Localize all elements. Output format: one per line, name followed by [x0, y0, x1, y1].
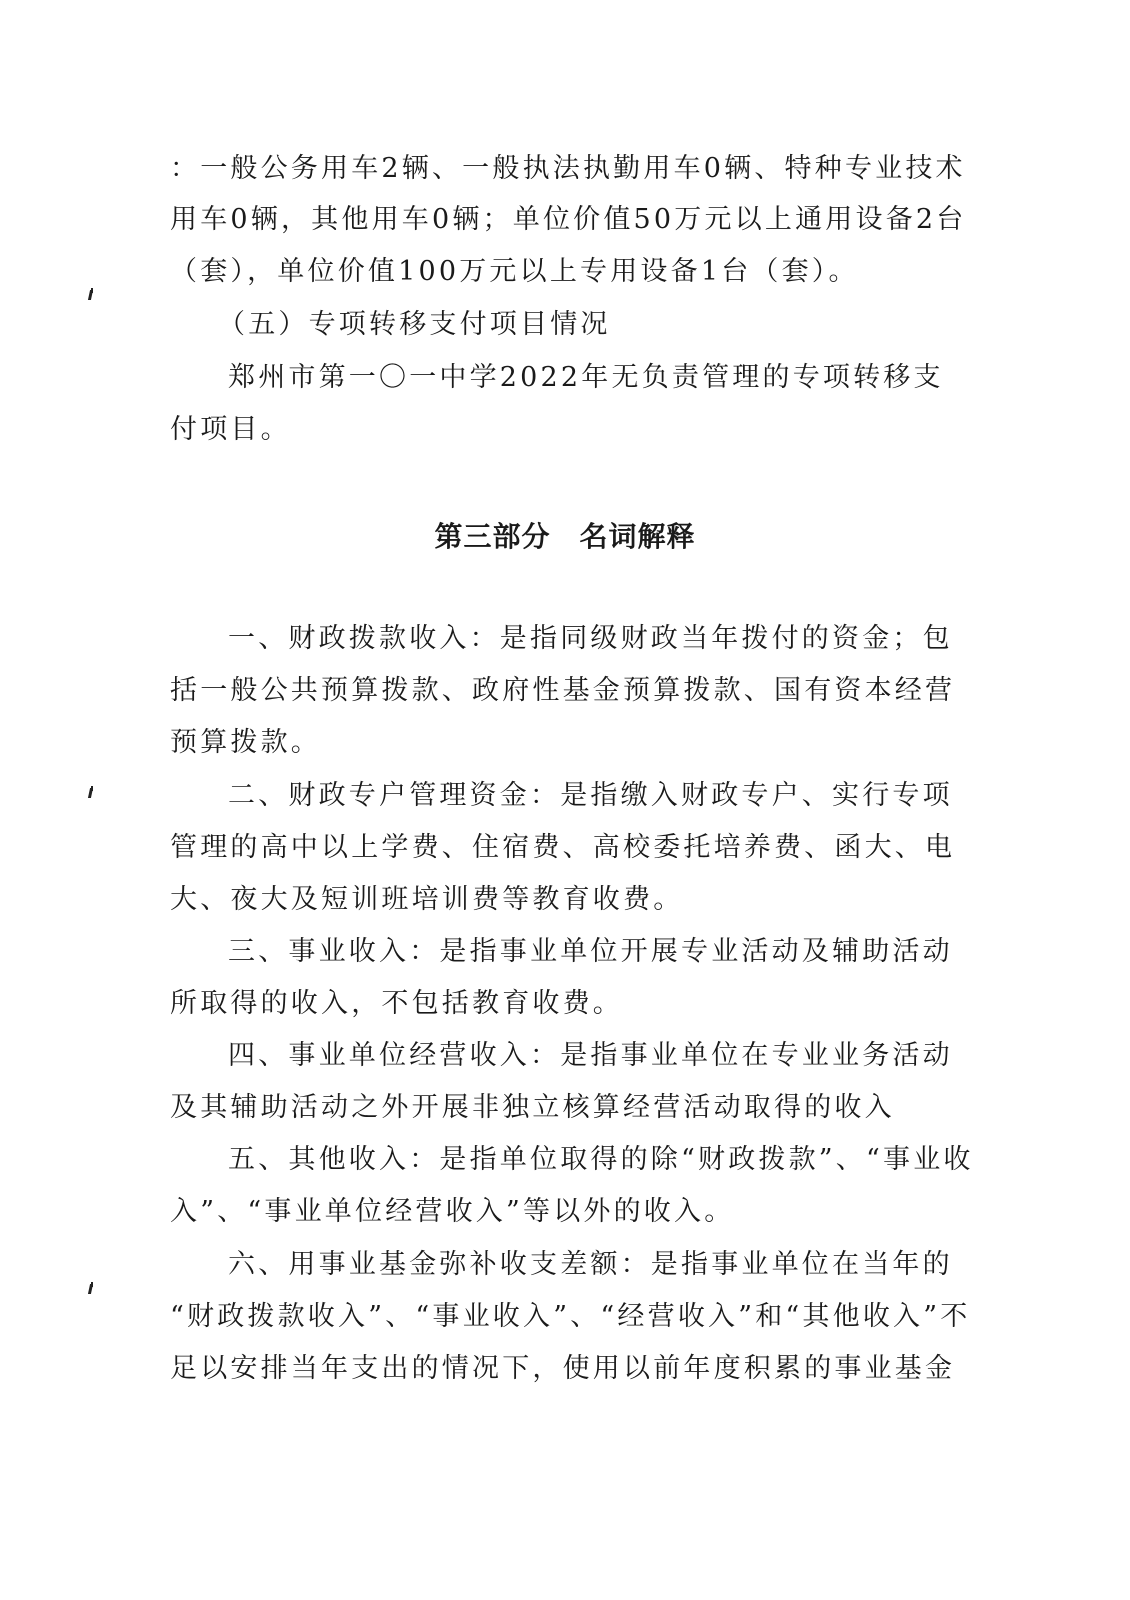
definition-line: 六、用事业基金弥补收支差额：是指事业单位在当年的 — [228, 1248, 940, 1282]
binding-hole-mark — [88, 786, 94, 798]
definition-line: 管理的高中以上学费、住宿费、高校委托培养费、函大、电 — [170, 831, 940, 865]
definition-line: 四、事业单位经营收入：是指事业单位在专业业务活动 — [228, 1039, 940, 1073]
paragraph-line: 用车0辆，其他用车0辆；单位价值50万元以上通用设备2台 — [170, 203, 940, 237]
definition-line: 括一般公共预算拨款、政府性基金预算拨款、国有资本经营 — [170, 674, 940, 708]
section-title: （五）专项转移支付项目情况 — [218, 308, 930, 342]
definition-line: 入”、“事业单位经营收入”等以外的收入。 — [170, 1195, 940, 1229]
definition-line: “财政拨款收入”、“事业收入”、“经营收入”和“其他收入”不 — [170, 1300, 940, 1334]
binding-hole-mark — [88, 1282, 94, 1294]
definition-line: 预算拨款。 — [170, 726, 940, 760]
paragraph-line: 郑州市第一〇一中学2022年无负责管理的专项转移支 — [228, 361, 940, 395]
paragraph-line: （套），单位价值100万元以上专用设备1台（套）。 — [170, 255, 940, 289]
definition-line: 三、事业收入：是指事业单位开展专业活动及辅助活动 — [228, 935, 940, 969]
paragraph-line: ：一般公务用车2辆、一般执法执勤用车0辆、特种专业技术 — [170, 152, 940, 186]
part-heading: 第三部分 名词解释 — [0, 515, 1130, 555]
binding-hole-mark — [88, 288, 94, 300]
definition-line: 及其辅助活动之外开展非独立核算经营活动取得的收入 — [170, 1091, 940, 1125]
definition-line: 一、财政拨款收入：是指同级财政当年拨付的资金；包 — [228, 622, 940, 656]
definition-line: 大、夜大及短训班培训费等教育收费。 — [170, 883, 940, 917]
definition-line: 二、财政专户管理资金：是指缴入财政专户、实行专项 — [228, 779, 940, 813]
definition-line: 所取得的收入，不包括教育收费。 — [170, 987, 940, 1021]
definition-line: 五、其他收入：是指单位取得的除“财政拨款”、“事业收 — [228, 1143, 940, 1177]
definition-line: 足以安排当年支出的情况下，使用以前年度积累的事业基金 — [170, 1352, 940, 1386]
paragraph-line: 付项目。 — [170, 413, 940, 447]
